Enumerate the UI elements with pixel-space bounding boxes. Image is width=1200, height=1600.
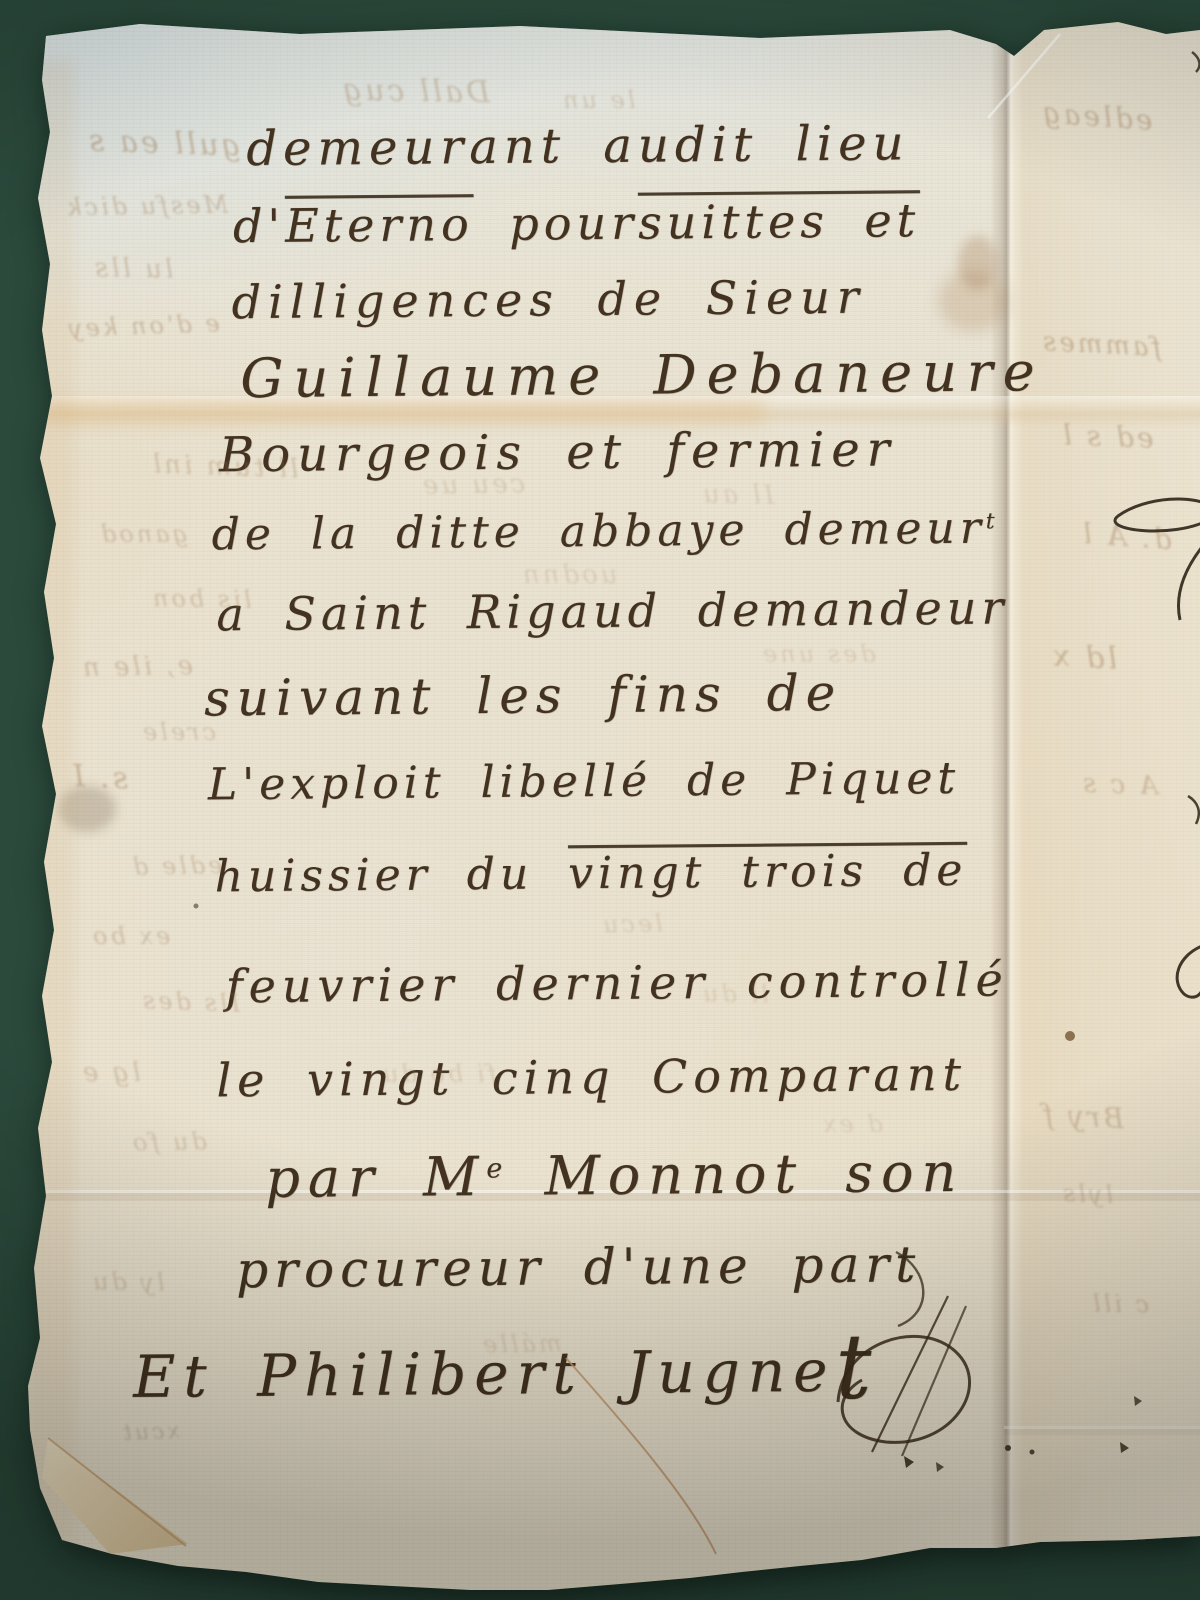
- manuscript-text-segment: vingt trois de: [568, 845, 968, 899]
- bleedthrough-fragment: s. I: [69, 758, 129, 796]
- bleedthrough-fragment: e, ile n: [80, 651, 193, 683]
- bleedthrough-fragment: uodnn: [520, 560, 618, 590]
- bleedthrough-fragment: ll du: [700, 979, 769, 1008]
- bleedthrough-fragment: ld x: [1049, 638, 1118, 676]
- manuscript-text-segment: e: [486, 1153, 503, 1184]
- manuscript-line: de la ditte abbaye demeurt: [211, 503, 995, 561]
- manuscript-text-segment: dilligences de Sieur: [231, 270, 866, 330]
- bleedthrough-fragment: ed s l: [1059, 418, 1154, 454]
- manuscript-line: par Me Monnot son: [265, 1141, 964, 1210]
- manuscript-text-segment: t: [986, 509, 996, 534]
- manuscript-line: procureur d'une part: [236, 1235, 922, 1299]
- manuscript-line: huissier du vingt trois de: [214, 845, 967, 903]
- manuscript-page: demeurant audit lieud'Eterno poursuittes…: [0, 0, 1200, 1600]
- bleedthrough-fragment: d ex: [820, 1110, 883, 1138]
- manuscript-text-segment: d': [233, 199, 286, 253]
- bleedthrough-fragment: Bry f: [1039, 1098, 1125, 1135]
- manuscript-text-segment: Bourgeois et fermier: [219, 421, 897, 483]
- bleedthrough-fragment: lu lls: [92, 253, 174, 284]
- bleedthrough-fragment: ceu ue: [420, 469, 526, 501]
- bleedthrough-fragment: lecu: [600, 909, 663, 938]
- manuscript-line: dilligences de Sieur: [231, 270, 866, 330]
- bleedthrough-fragment: du fo: [130, 1127, 207, 1156]
- manuscript-line: suivant les fins de: [204, 664, 843, 728]
- bleedthrough-fragment: lg e: [80, 1058, 141, 1088]
- manuscript-text-segment: Eterno: [285, 197, 474, 253]
- bleedthrough-fragment: ex bo: [90, 922, 170, 950]
- paper-shadow-wrap: demeurant audit lieud'Eterno poursuittes…: [0, 0, 1200, 1600]
- manuscript-text-segment: de la ditte abbaye demeur: [211, 503, 986, 561]
- manuscript-text-segment: le vingt cinq Comparant: [216, 1047, 967, 1108]
- manuscript-line: demeurant audit lieu: [246, 115, 910, 177]
- manuscript-line: d'Eterno poursuittes et: [233, 193, 921, 253]
- bleedthrough-fragment: des une: [760, 640, 876, 668]
- bleedthrough-fragment: e d'on key: [66, 309, 221, 342]
- manuscript-line: Bourgeois et fermier: [219, 421, 897, 483]
- manuscript-line: L'exploit libellé de Piquet: [208, 753, 961, 811]
- bleedthrough-fragment: gull ea s: [85, 123, 241, 163]
- bleedthrough-fragment: fammes: [1039, 327, 1162, 363]
- manuscript-line: feuvrier dernier controllé: [225, 952, 1009, 1013]
- bleedthrough-fragment: d. A l: [1079, 517, 1173, 556]
- bleedthrough-fragment: Mesfu dick: [64, 191, 229, 222]
- bleedthrough-fragment: le un: [560, 86, 635, 114]
- manuscript-text-segment: Monnot son: [503, 1141, 964, 1208]
- manuscript-line: Guillaume Debaneure: [240, 340, 1045, 410]
- bleedthrough-fragment: ganod: [98, 520, 188, 548]
- manuscript-text-segment: demeurant audit lieu: [246, 115, 910, 177]
- manuscript-text-segment: par M: [265, 1145, 487, 1210]
- manuscript-text-segment: L'exploit libellé de Piquet: [208, 753, 961, 811]
- manuscript-text-segment: Guillaume Debaneure: [240, 340, 1045, 410]
- manuscript-text-block: demeurant audit lieud'Eterno poursuittes…: [0, 0, 1200, 1600]
- bleedthrough-fragment: Dall cug: [340, 73, 491, 111]
- photograph-of-manuscript: demeurant audit lieud'Eterno poursuittes…: [0, 0, 1200, 1600]
- bleedthrough-fragment: lis bon: [150, 584, 252, 614]
- bleedthrough-fragment: lyls: [1060, 1179, 1114, 1209]
- manuscript-text-segment: feuvrier dernier controllé: [225, 952, 1009, 1013]
- bleedthrough-fragment: málle: [480, 1329, 562, 1358]
- bleedthrough-fragment: edle d: [130, 851, 223, 881]
- manuscript-text-segment: suittes et: [638, 193, 921, 249]
- bleedthrough-fragment: c ill: [1090, 1289, 1150, 1318]
- bleedthrough-fragment: fi bo du: [380, 1060, 496, 1088]
- bleedthrough-fragment: Il au: [700, 479, 775, 510]
- manuscript-text-segment: t: [835, 1316, 880, 1420]
- bleedthrough-fragment: xcut: [120, 1419, 181, 1446]
- manuscript-text-segment: huissier du: [214, 848, 568, 902]
- manuscript-line: le vingt cinq Comparant: [216, 1047, 967, 1108]
- manuscript-text-segment: procureur d'une part: [236, 1235, 922, 1299]
- bleedthrough-fragment: ll tum inl: [150, 449, 299, 484]
- bleedthrough-fragment: ly du: [90, 1267, 165, 1296]
- manuscript-text-segment: suivant les fins de: [204, 664, 843, 728]
- bleedthrough-fragment: Ils des: [140, 986, 241, 1017]
- manuscript-text-segment: pour: [473, 196, 638, 251]
- bleedthrough-fragment: A c s: [1080, 769, 1159, 802]
- bleedthrough-fragment: crele: [140, 718, 216, 746]
